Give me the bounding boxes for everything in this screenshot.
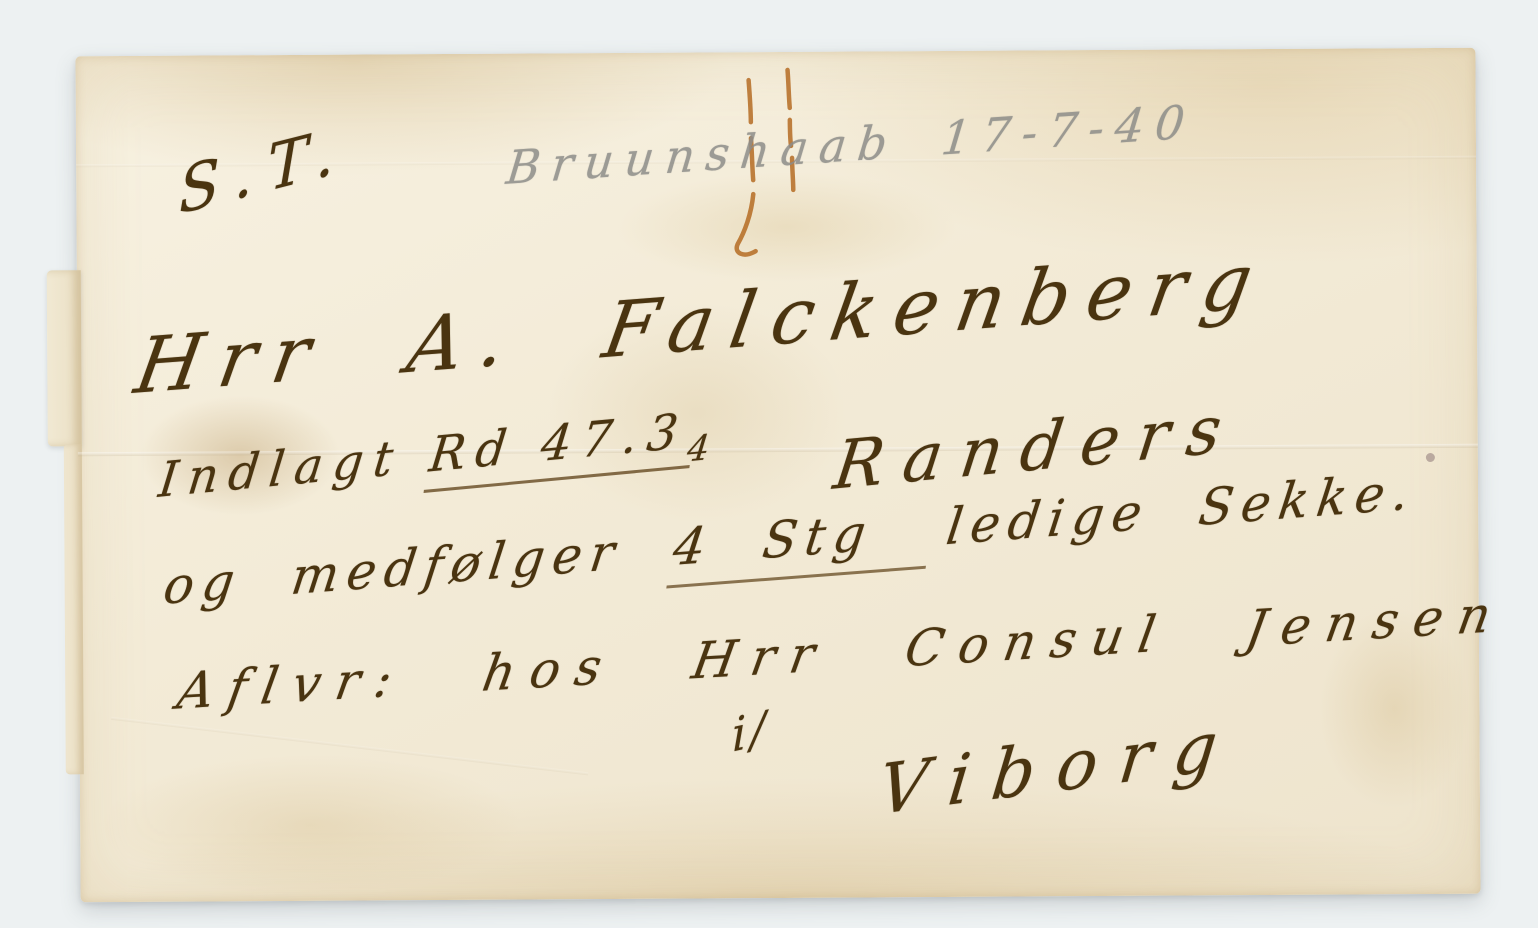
letter-paper: Bruunshaab 17-7-40 S.T. Hrr A. Falckenbe…: [75, 48, 1480, 903]
via-mark: i/: [732, 699, 770, 762]
enclosure-amount-fraction: 4: [685, 427, 722, 471]
photo-background: Bruunshaab 17-7-40 S.T. Hrr A. Falckenbe…: [0, 0, 1538, 928]
